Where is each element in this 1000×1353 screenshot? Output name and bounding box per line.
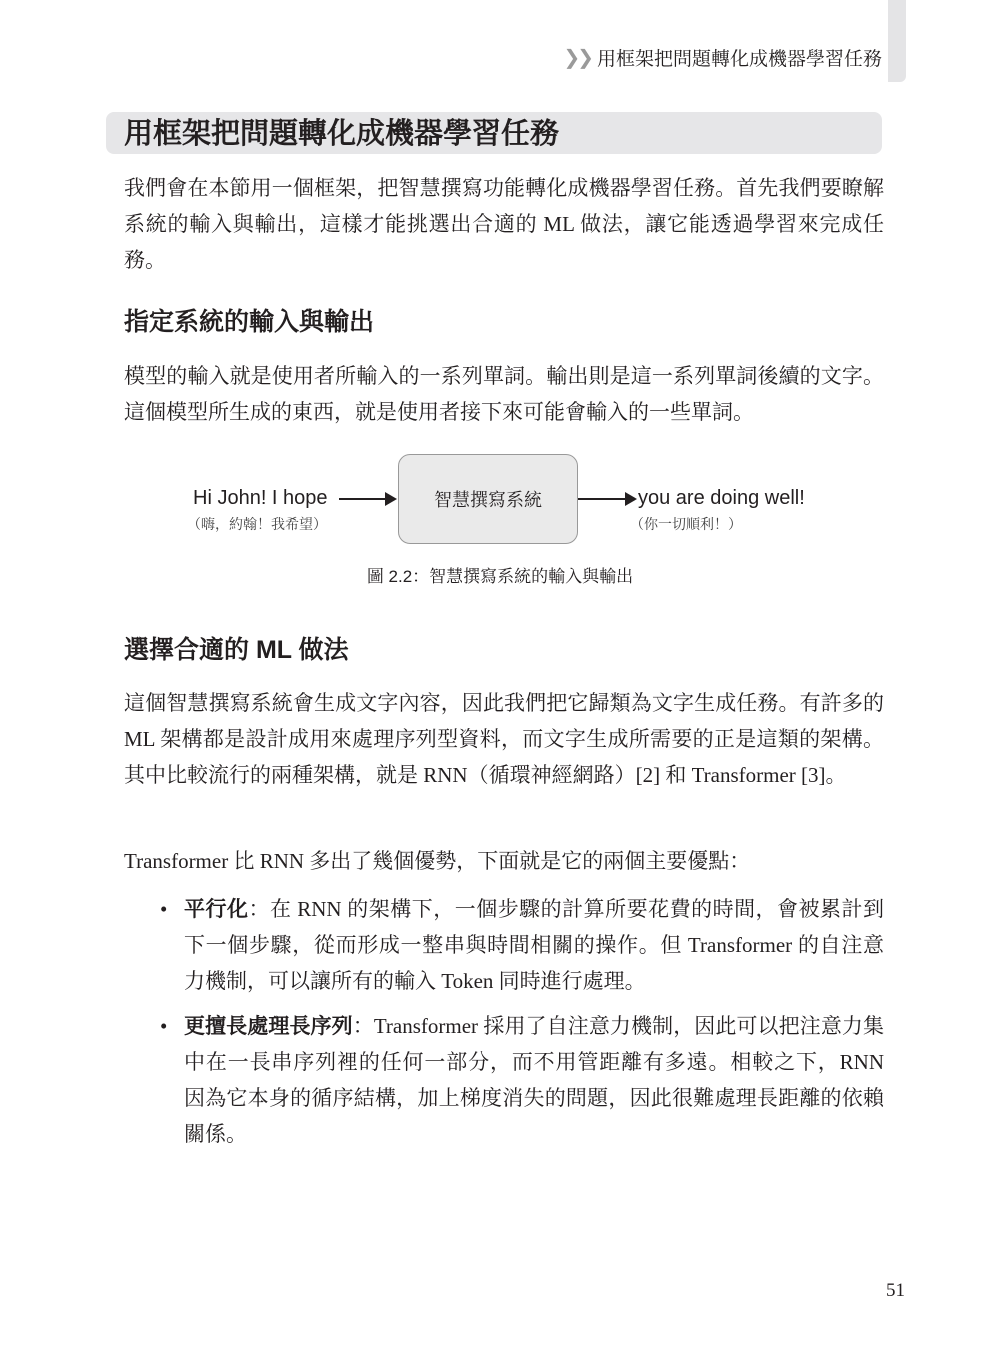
figure-system-label: 智慧撰寫系統	[434, 486, 542, 512]
section-heading-io: 指定系統的輸入與輸出	[124, 302, 374, 338]
section-ml-paragraph-2: Transformer 比 RNN 多出了幾個優勢，下面就是它的兩個主要優點：	[124, 843, 884, 879]
running-head: ❯❯ 用框架把問題轉化成機器學習任務	[563, 44, 882, 71]
figure-input-text: Hi John! I hope	[193, 487, 328, 510]
arrow-right-icon	[578, 498, 635, 500]
bullet-text: 在 RNN 的架構下，一個步驟的計算所要花費的時間，會被累計到下一個步驟，從而形…	[184, 897, 884, 993]
bullet-title: 平行化	[184, 897, 248, 921]
figure-input-translation: （嗨，約翰！我希望）	[187, 514, 327, 534]
section-ml-paragraph-1: 這個智慧撰寫系統會生成文字內容，因此我們把它歸類為文字生成任務。有許多的 ML …	[124, 685, 884, 793]
chapter-side-tab	[888, 0, 906, 82]
bullet-item-parallelization: • 平行化：在 RNN 的架構下，一個步驟的計算所要花費的時間，會被累計到下一個…	[160, 891, 884, 999]
bullet-separator: ：	[353, 1014, 374, 1038]
arrow-right-icon	[339, 498, 395, 500]
bullet-icon: •	[160, 1008, 167, 1044]
section-io-paragraph: 模型的輸入就是使用者所輸入的一系列單詞。輸出則是這一系列單詞後續的文字。這個模型…	[124, 358, 884, 430]
figure-system-box: 智慧撰寫系統	[398, 454, 578, 544]
running-head-title: 用框架把問題轉化成機器學習任務	[597, 44, 882, 71]
bullet-separator: ：	[248, 897, 270, 921]
bullet-icon: •	[160, 891, 167, 927]
figure-output-translation: （你一切順利！）	[630, 514, 742, 534]
figure-caption: 圖 2.2：智慧撰寫系統的輸入與輸出	[0, 562, 1000, 587]
bullet-title: 更擅長處理長序列	[184, 1014, 353, 1038]
intro-paragraph: 我們會在本節用一個框架，把智慧撰寫功能轉化成機器學習任務。首先我們要瞭解系統的輸…	[124, 170, 884, 278]
figure-output-text: you are doing well!	[638, 487, 805, 510]
figure-2-2: Hi John! I hope （嗨，約翰！我希望） 智慧撰寫系統 you ar…	[0, 0, 1000, 600]
bullet-item-long-sequences: • 更擅長處理長序列：Transformer 採用了自注意力機制，因此可以把注意…	[160, 1008, 884, 1152]
page-number: 51	[886, 1280, 905, 1302]
section-heading-ml-approach: 選擇合適的 ML 做法	[124, 630, 349, 666]
double-chevron-icon: ❯❯	[563, 45, 591, 70]
chapter-title: 用框架把問題轉化成機器學習任務	[124, 114, 559, 154]
